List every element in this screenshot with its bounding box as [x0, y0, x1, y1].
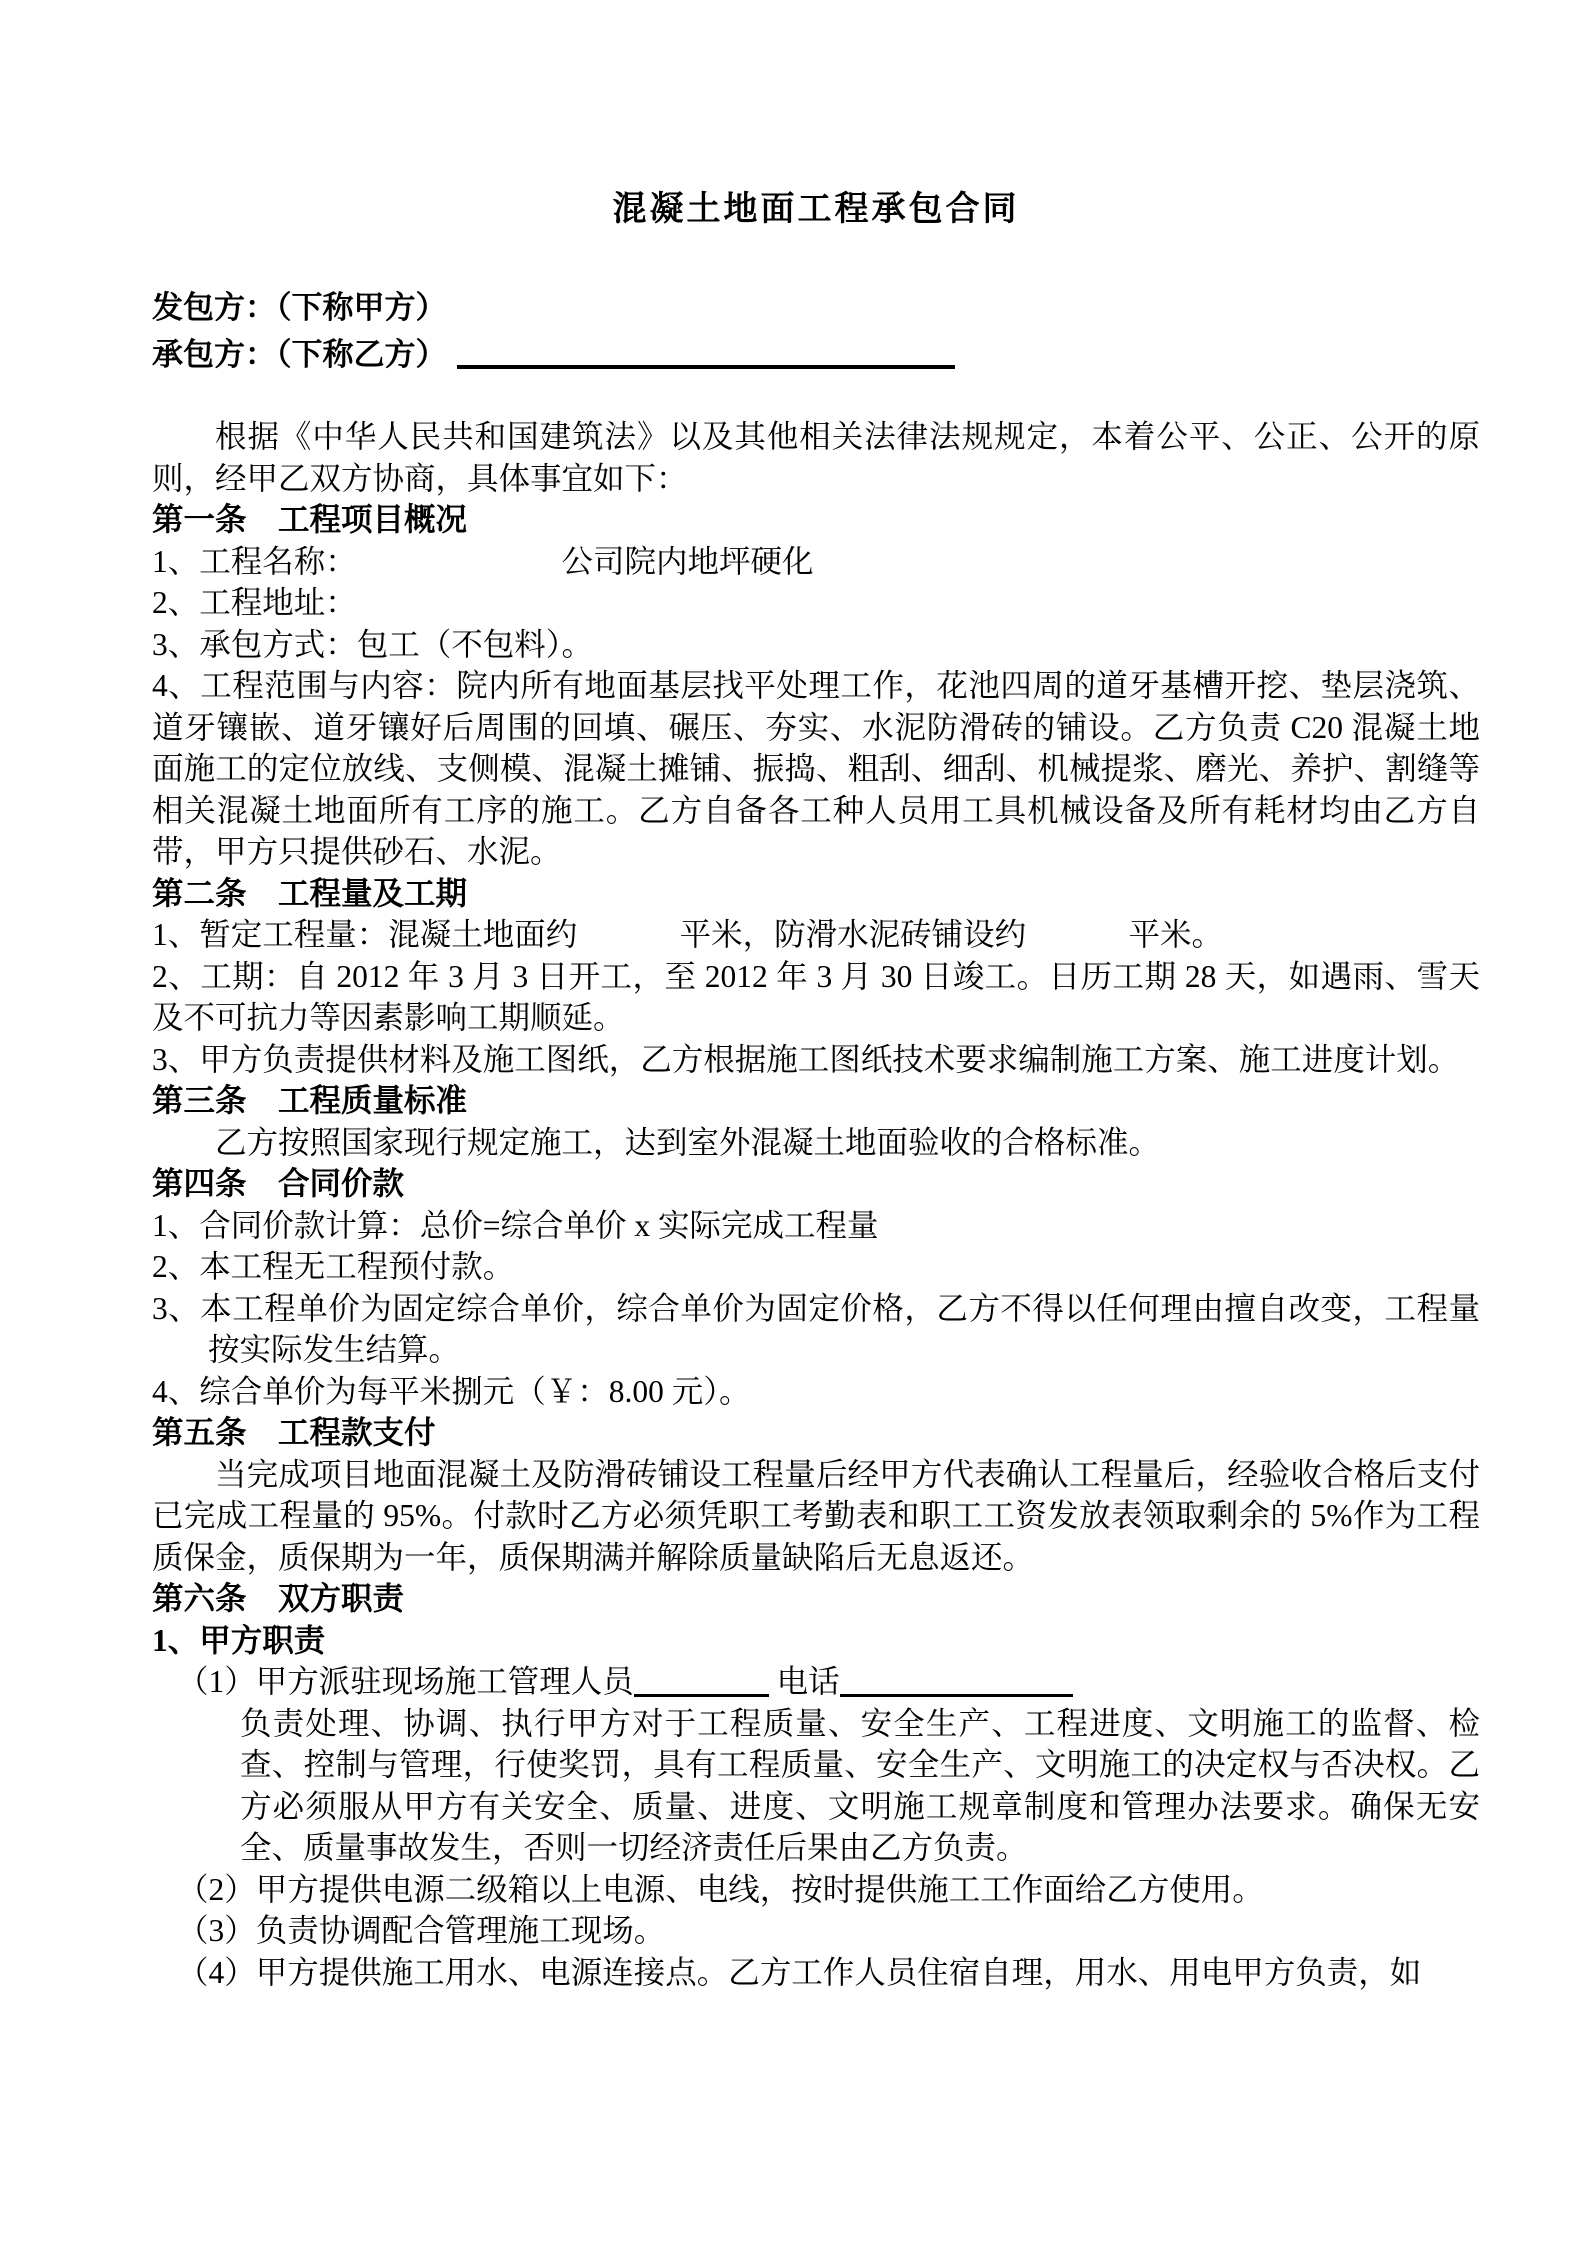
paragraph: 1、暂定工程量：混凝土地面约 平米，防滑水泥砖铺设约 平米。	[152, 914, 1480, 956]
party-label: 承包方：（下称乙方）	[152, 337, 447, 372]
section-heading: 第三条 工程质量标准	[152, 1080, 1480, 1122]
contract-page: 混凝土地面工程承包合同 发包方：（下称甲方）承包方：（下称乙方） 根据《中华人民…	[0, 0, 1586, 2244]
section-heading: 第一条 工程项目概况	[152, 499, 1480, 541]
paragraph: 4、综合单价为每平米捌元（￥：8.00 元）。	[152, 1371, 1480, 1413]
paragraph: 1、工程名称： 公司院内地坪硬化	[152, 541, 1480, 583]
paragraph: （1）甲方派驻现场施工管理人员 电话负责处理、协调、执行甲方对于工程质量、安全生…	[240, 1661, 1480, 1869]
paragraph: 3、承包方式：包工（不包料）。	[152, 624, 1480, 666]
paragraph: 4、工程范围与内容：院内所有地面基层找平处理工作，花池四周的道牙基槽开挖、垫层浇…	[152, 665, 1480, 873]
paragraph: 2、本工程无工程预付款。	[152, 1246, 1480, 1288]
section-heading: 第四条 合同价款	[152, 1163, 1480, 1205]
paragraph: （4）甲方提供施工用水、电源连接点。乙方工作人员住宿自理，用水、用电甲方负责，如	[177, 1952, 1480, 1994]
document-title: 混凝土地面工程承包合同	[152, 186, 1480, 234]
paragraph: 2、工程地址：	[152, 582, 1480, 624]
paragraph: 3、甲方负责提供材料及施工图纸，乙方根据施工图纸技术要求编制施工方案、施工进度计…	[152, 1039, 1480, 1081]
signature-blank-field	[457, 364, 955, 369]
party-line: 承包方：（下称乙方）	[152, 331, 1480, 378]
paragraph: 3、本工程单价为固定综合单价，综合单价为固定价格，乙方不得以任何理由擅自改变，工…	[152, 1288, 1480, 1371]
paragraph: （2）甲方提供电源二级箱以上电源、电线，按时提供施工工作面给乙方使用。	[177, 1869, 1480, 1911]
party-line: 发包方：（下称甲方）	[152, 284, 1480, 331]
text-run: （1）甲方派驻现场施工管理人员	[177, 1664, 634, 1699]
paragraph: 根据《中华人民共和国建筑法》以及其他相关法律法规规定，本着公平、公正、公开的原则…	[152, 416, 1480, 499]
fill-in-blank-field	[634, 1693, 769, 1697]
paragraph: 当完成项目地面混凝土及防滑砖铺设工程量后经甲方代表确认工程量后，经验收合格后支付…	[152, 1454, 1480, 1579]
section-heading: 第五条 工程款支付	[152, 1412, 1480, 1454]
section-heading: 1、甲方职责	[152, 1620, 1480, 1662]
fill-in-blank-field	[840, 1693, 1073, 1697]
document-body: 根据《中华人民共和国建筑法》以及其他相关法律法规规定，本着公平、公正、公开的原则…	[152, 416, 1480, 1993]
paragraph: 乙方按照国家现行规定施工，达到室外混凝土地面验收的合格标准。	[152, 1122, 1480, 1164]
party-block: 发包方：（下称甲方）承包方：（下称乙方）	[152, 284, 1480, 378]
page-content: 混凝土地面工程承包合同 发包方：（下称甲方）承包方：（下称乙方） 根据《中华人民…	[0, 0, 1586, 1993]
text-run: 电话	[769, 1664, 840, 1699]
section-heading: 第二条 工程量及工期	[152, 873, 1480, 915]
paragraph: 1、合同价款计算：总价=综合单价 x 实际完成工程量	[152, 1205, 1480, 1247]
section-heading: 第六条 双方职责	[152, 1578, 1480, 1620]
party-label: 发包方：（下称甲方）	[152, 290, 447, 325]
paragraph: 2、工期：自 2012 年 3 月 3 日开工，至 2012 年 3 月 30 …	[152, 956, 1480, 1039]
text-run: 负责处理、协调、执行甲方对于工程质量、安全生产、工程进度、文明施工的监督、检查、…	[240, 1706, 1480, 1866]
paragraph: （3）负责协调配合管理施工现场。	[177, 1910, 1480, 1952]
